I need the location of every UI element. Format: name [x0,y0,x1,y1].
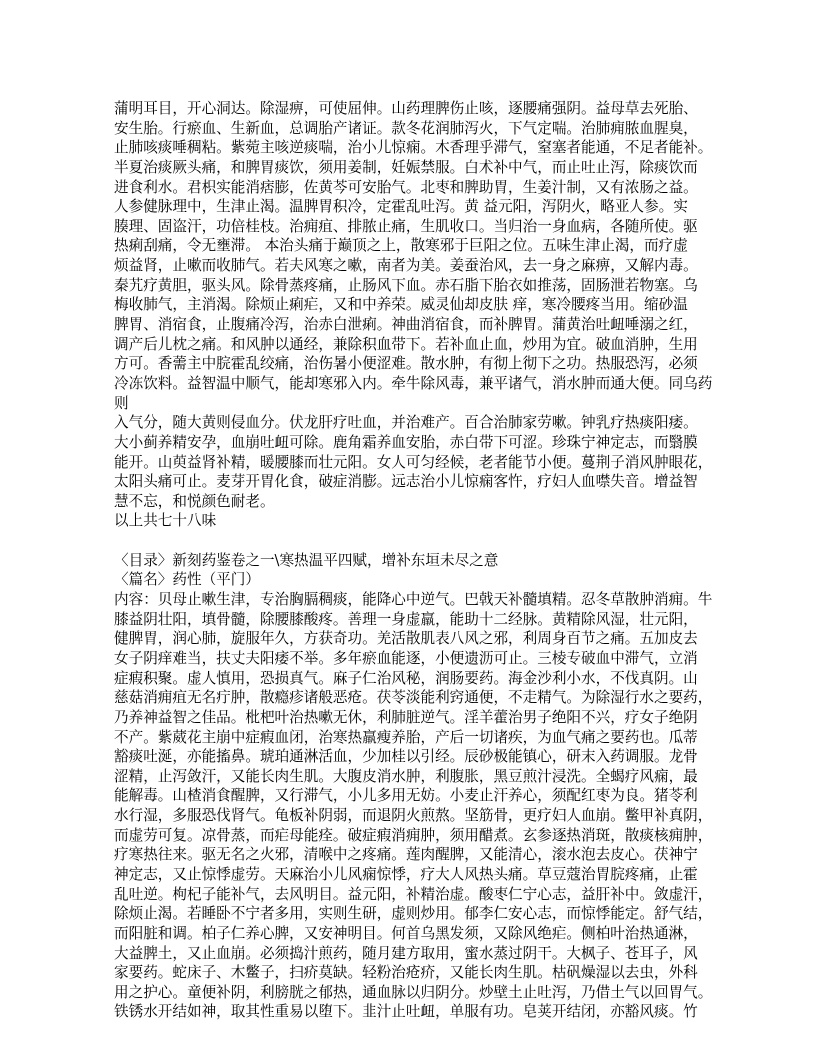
text-line: 半夏治痰厥头痛，和脾胃痰饮，须用姜制，妊娠禁服。白术补中气，而止吐止泻，除痰饮而 [114,158,714,178]
text-line: 水行湿，多服恐伐肾气。龟板补阴弱，而退阴火煎熬。坚筋骨，更疗妇人血崩。鳖甲补真阴… [114,806,714,826]
text-line: 乃养神益智之佳品。枇杷叶治热嗽无休，利肺脏逆气。淫羊藿治男子绝阳不兴，疗女子绝阴 [114,708,714,728]
text-line: 能解毒。山楂消食醒脾，又行滞气，小儿多用无妨。小麦止汗养心，须配红枣为良。猪苓利 [114,786,714,806]
text-line: 疗寒热往来。驱无名之火邪，清喉中之疼痛。莲肉醒脾，又能清心，滚水泡去皮心。茯神宁 [114,845,714,865]
text-line: 除烦止渴。若睡卧不宁者多用，实则生研，虚则炒用。郁李仁安心志，而惊悸能定。舒气结… [114,904,714,924]
catalog-heading: 〈目录〉新刻药鉴卷之一\寒热温平四赋，增补东垣未尽之意 [114,551,714,571]
text-line: 方可。香薷主中脘霍乱绞痛，治伤暑小便涩难。散水肿，有彻上彻下之功。热服恐泻，必须 [114,354,714,374]
text-line: 热痢刮痛，令无壅滞。 本治头痛于巅顶之上，散寒邪于巨阳之位。五味生津止渴，而疗虚 [114,236,714,256]
document-page: 蒲明耳目，开心洞达。除湿痹，可使屈伸。山药理脾伤止咳，逐腰痛强阴。益母草去死胎、… [114,99,714,1022]
text-line: 能开。山萸益肾补精，暖腰膝而壮元阳。女人可匀经候，老者能节小便。蔓荆子消风肿眼花… [114,453,714,473]
text-line: 蒲明耳目，开心洞达。除湿痹，可使屈伸。山药理脾伤止咳，逐腰痛强阴。益母草去死胎、 [114,99,714,119]
text-line: 安生胎。行瘀血、生新血，总调胎产诸证。款冬花润肺泻火，下气定喘。治肺痈脓血腥臭， [114,119,714,139]
text-line: 慈菇消痈疽无名疔肿，散瘾疹诸般恶疮。茯苓淡能利窍通便，不走精气。为除湿行水之要药… [114,688,714,708]
text-line: 涩精，止泻敛汗，又能长肉生肌。大腹皮消水肿，利腹胀，黑豆煎汁浸洗。全蝎疗风痫，最 [114,767,714,787]
text-line: 秦艽疗黄胆，驱头风。除骨蒸疼痛，止肠风下血。赤石脂下胎衣如推荡，固肠泄若物塞。乌 [114,276,714,296]
text-line: 大益脾土，又止血崩。必须捣汁煎药，随月建方取用，蜜水蒸过阴干。大枫子、苍耳子，风 [114,944,714,964]
text-line: 脾胃、消宿食，止腹痛冷泻，治赤白泄痢。神曲消宿食，而补脾胃。蒲黄治吐衄唾溺之红， [114,315,714,335]
text-line: 家要药。蛇床子、木鳖子，扫疥莫缺。轻粉治疮疥，又能长肉生肌。枯矾燥湿以去虫，外科 [114,963,714,983]
text-line: 豁痰吐涎，亦能搐鼻。琥珀通淋活血，少加桂以引经。辰砂极能镇心，研末入药调服。龙骨 [114,747,714,767]
text-line: 入气分，随大黄则侵血分。伏龙肝疗吐血，并治难产。百合治肺家劳嗽。钟乳疗热痰阳痿。 [114,413,714,433]
text-line: 则 [114,394,714,414]
text-line: 慧不忘，和悦颜色耐老。 [114,492,714,512]
text-line: 神定志，又止惊悸虚劳。天麻治小儿风痫惊悸，疗大人风热头痛。草豆蔻治胃脘疼痛，止霍 [114,865,714,885]
text-line: 大小蓟养精安孕，血崩吐衄可除。鹿角霜养血安胎，赤白带下可涩。珍珠宁神定志，而翳膜 [114,433,714,453]
section-herbal-text-part2: 〈目录〉新刻药鉴卷之一\寒热温平四赋，增补东垣未尽之意 〈篇名〉药性（平门） 内… [114,551,714,1022]
section-herbal-text-part1: 蒲明耳目，开心洞达。除湿痹，可使屈伸。山药理脾伤止咳，逐腰痛强阴。益母草去死胎、… [114,99,714,531]
text-line: 膝益阴壮阳，填骨髓，除腰膝酸疼。善理一身虚羸，能助十二经脉。黄精除风湿，壮元阳， [114,610,714,630]
text-line: 人参健脉理中，生津止渴。温脾胃积冷，定霍乱吐泻。黄 益元阳，泻阴火，略亚人参。实 [114,197,714,217]
herb-count-summary: 以上共七十八味 [114,511,714,531]
blank-line [114,531,714,551]
text-line: 而虚劳可复。凉骨蒸，而疟母能痊。破症瘕消痈肿，须用醋煮。玄参逐热消斑，散痰核痈肿… [114,826,714,846]
text-line: 进食利水。君枳实能消痞膨，佐黄芩可安胎气。北枣和脾助胃，生姜汁制，又有浓肠之益。 [114,178,714,198]
text-line: 烦益肾，止嗽而收肺气。若夫风寒之嗽，南者为美。姜蚕治风，去一身之麻痹，又解内毒。 [114,256,714,276]
text-line: 症瘕积聚。虚人慎用，恐损真气。麻子仁治风秘，润肠要药。海金沙利小水，不伐真阴。山 [114,669,714,689]
text-line: 腠理、固盗汗，功倍桂枝。治痈疽、排脓止痛，生肌收口。当归治一身血病，各随所使。驱 [114,217,714,237]
text-line: 不产。紫葳花主崩中症瘕血闭，治寒热羸瘦养胎，产后一切诸疾，为血气痛之要药也。瓜蒂 [114,728,714,748]
text-line: 乱吐逆。枸杞子能补气，去风明目。益元阳，补精治虚。酸枣仁宁心志，益肝补中。敛虚汗… [114,885,714,905]
text-line: 冷冻饮料。益智温中顺气，能却寒邪入内。牵牛除风毒，兼平诸气，消水肿而通大便。同乌… [114,374,714,394]
text-line: 女子阴痒难当，扶丈夫阳痿不举。多年瘀血能逐，小便遗沥可止。三棱专破血中滞气，立消 [114,649,714,669]
text-line: 健脾胃，润心肺，旋服年久，方获奇功。羌活散肌表八风之邪，利周身百节之痛。五加皮去 [114,629,714,649]
text-line: 而阳脏和调。柏子仁养心脾，又安神明目。何首乌黑发须，又除风绝疟。侧柏叶治热通淋， [114,924,714,944]
text-line: 铁锈水开结如神，取其性重易以堕下。韭汁止吐衄，单服有功。皂荚开结闭，亦豁风痰。竹 [114,1002,714,1022]
text-line: 止肺咳痰唾稠粘。紫菀主咳逆痰喘，治小儿惊痫。木香理乎滞气，窒塞者能通，不足者能补… [114,138,714,158]
text-line: 梅收肺气，主消渴。除烦止痢疟，又和中养荣。威灵仙却皮肤 痒，寒冷腰疼当用。缩砂温 [114,295,714,315]
chapter-title: 〈篇名〉药性（平门） [114,570,714,590]
text-line: 调产后儿枕之痛。和风肿以通经，兼除积血带下。若补血止血，炒用为宜。破血消肿，生用 [114,335,714,355]
text-line: 用之护心。童便补阴，利膀胱之郁热，通血脉以归阴分。炒壁土止吐泻，乃借土气以回胃气… [114,983,714,1003]
text-line: 内容：贝母止嗽生津，专治胸膈稠痰，能降心中逆气。巴戟天补髓填精。忍冬草散肿消痈。… [114,590,714,610]
text-line: 太阳头痛可止。麦芽开胃化食，破症消膨。远志治小儿惊痫客忤，疗妇人血噤失音。增益智 [114,472,714,492]
